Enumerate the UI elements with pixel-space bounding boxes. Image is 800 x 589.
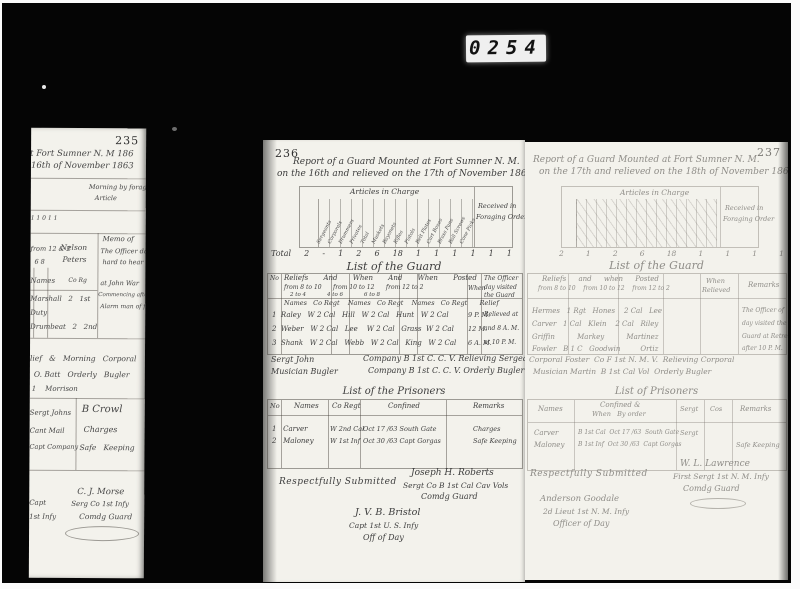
prisoners-header: Sergt xyxy=(680,406,698,413)
column-line xyxy=(97,233,99,338)
signature-flourish xyxy=(65,526,139,541)
articles-table: Articles in Charge Received in Foraging … xyxy=(561,186,759,248)
guard-row: Drumbeat 2 2nd xyxy=(30,324,97,332)
articles-totals-row: Total 2 - 1 2 6 18 1 1 1 1 1 1 1 1 2 xyxy=(271,250,525,259)
article-column-label: Total xyxy=(360,231,371,245)
prisoners-table: No Names Co Regt Confined Remarks 1 Carv… xyxy=(267,399,523,469)
prisoner-row-name: Carver xyxy=(534,430,558,438)
guard-header-when: When xyxy=(706,278,725,285)
prisoner-cell: Cant Mail xyxy=(30,428,65,436)
column-line xyxy=(75,398,76,470)
rule-line xyxy=(528,422,786,423)
prisoners-header: Cos xyxy=(710,406,722,413)
articles-title: Articles in Charge xyxy=(350,188,419,196)
guard-footer: O. Batt Orderly Bugler xyxy=(34,371,130,380)
column-line xyxy=(574,400,575,470)
report-header-line: Report of a Guard Mounted at Fort Sumner… xyxy=(293,158,520,168)
signature-flourish xyxy=(690,498,746,509)
remarks-text: hard to hear xyxy=(102,259,143,266)
guard-row-remark: Guard at Retreat xyxy=(742,334,788,341)
remarks-text: Alarm man of fire xyxy=(100,304,146,311)
signature-title: 2d Lieut 1st N. M. Infy xyxy=(543,508,629,516)
ledger-page-237: 237 Report of a Guard Mounted at Fort Su… xyxy=(525,142,788,580)
guard-row: 1 Raley W 2 Cal Hill W 2 Cal Hunt W 2 Ca… xyxy=(272,312,449,320)
signature-role: Off of Day xyxy=(363,534,404,543)
articles-totals-row: 2 1 2 6 18 1 1 1 1 1 2 xyxy=(559,250,788,258)
prisoner-row-name: 1 Carver xyxy=(272,426,307,434)
guard-remarks-header: The Officer xyxy=(484,276,518,283)
rule-line xyxy=(31,233,146,235)
articles-columns xyxy=(576,199,717,247)
respectfully-submitted: Respectfully Submitted xyxy=(530,470,648,480)
rule-line xyxy=(31,210,146,212)
prisoner-row-confined: Oct 30 /63 Capt Gorgas xyxy=(363,438,441,445)
rule-line xyxy=(30,398,145,400)
remarks-text: The Officer day xyxy=(101,248,147,255)
remarks-text: Memo of xyxy=(103,236,134,244)
received-note: Received in xyxy=(725,205,763,212)
guard-row: Carver 1 Cal Klein 2 Cal Riley xyxy=(532,321,658,329)
column-line xyxy=(738,274,739,354)
guard-name: Nelson xyxy=(61,244,88,252)
signature-role: Comdg Guard xyxy=(79,513,132,522)
guard-row: 2 Weber W 2 Cal Lee W 2 Cal Grass W 2 Ca… xyxy=(272,326,454,334)
guard-header-hours: from 8 to 10 from 10 to 12 from 12 to 2 xyxy=(284,285,423,292)
dust-speck xyxy=(172,127,177,131)
signature-name: Joseph H. Roberts xyxy=(411,469,494,479)
prisoners-header: Names xyxy=(294,403,319,411)
remarks-note: Article xyxy=(95,195,117,202)
column-line xyxy=(700,274,701,354)
rule-line xyxy=(30,290,97,291)
film-frame-counter: 0254 xyxy=(466,35,546,63)
prisoner-row-confined: B 1st Inf Oct 30 /63 Capt Gorgas xyxy=(578,442,682,449)
microfilm-scan-viewer: 0254 235 at Fort Sumner N. M 186 16th of… xyxy=(0,0,800,589)
guard-header-when: When xyxy=(468,286,485,293)
guard-header-reliefs: Reliefs And When And When Posted xyxy=(284,275,477,283)
guard-row-remark: at 10 P. M. xyxy=(484,340,516,347)
guard-row: Hermes 1 Rgt Hones 2 Cal Lee xyxy=(532,308,662,316)
column-line xyxy=(474,187,475,247)
guard-row-remark: day visited the xyxy=(742,321,787,328)
prisoner-row-sergt: Sergt xyxy=(680,430,698,437)
signature-name: C. J. Morse xyxy=(77,488,124,498)
signature-title: Serg Co 1st Infy xyxy=(71,501,129,509)
prisoner-row-co: W 2nd Cal xyxy=(330,426,364,433)
article-column-label: Rifles xyxy=(393,230,405,245)
signature-role: Comdg Guard xyxy=(683,485,740,494)
column-line xyxy=(328,400,329,468)
signature-role: Comdg Guard xyxy=(421,493,478,502)
prisoner-row-confined: Oct 17 /63 South Gate xyxy=(363,426,436,433)
prisoner-cell: Safe Keeping xyxy=(79,444,134,453)
prisoners-header: When By order xyxy=(592,411,646,418)
guard-remarks-header: the Guard xyxy=(484,293,515,300)
prisoner-cell: Charges xyxy=(84,426,118,435)
hours-label: 6 8 xyxy=(34,259,44,266)
articles-table: Articles in Charge Sergeants Corporals D… xyxy=(299,186,513,248)
guard-header-reliefs: Reliefs and when Posted xyxy=(542,276,659,284)
prisoners-list-title: List of the Prisoners xyxy=(263,386,525,397)
guard-header-when: Relieved xyxy=(702,287,730,294)
ledger-page-236: 236 Report of a Guard Mounted at Fort Su… xyxy=(263,140,525,582)
guard-list-title: List of the Guard xyxy=(263,261,525,273)
guard-row-remark: The Officer of xyxy=(742,308,784,315)
received-note: Foraging Order xyxy=(476,214,525,221)
guard-footer: Musician Bugler xyxy=(271,368,338,377)
cutoff-text: Capt xyxy=(29,500,46,508)
prisoner-row-remark: Safe Keeping xyxy=(473,438,517,445)
remarks-note: Morning by foraging xyxy=(89,184,146,191)
ledger-page-235: 235 at Fort Sumner N. M 186 16th of Nove… xyxy=(29,128,146,579)
guard-footer: Corporal Foster Co F 1st N. M. V. Reliev… xyxy=(529,356,734,364)
column-line xyxy=(446,400,447,468)
received-note: Received in xyxy=(478,203,516,210)
remarks-text: Commencing after Midnight xyxy=(98,292,146,298)
rule-line xyxy=(528,298,786,299)
guard-row: Marshall 2 1st xyxy=(30,296,90,304)
prisoner-row-co: W 1st Inf xyxy=(330,438,360,445)
guard-remarks-header: day visited xyxy=(484,285,517,292)
prisoner-note: 1 Morrison xyxy=(32,386,78,394)
rule-line xyxy=(30,338,145,340)
respectfully-submitted: Respectfully Submitted xyxy=(279,478,397,488)
prisoners-header: Co Regt xyxy=(332,403,361,411)
rule-line xyxy=(29,470,144,472)
signature-title: First Sergt 1st N. M. Infy xyxy=(673,473,769,481)
prisoners-header: No xyxy=(270,403,280,410)
prisoner-cell: B Crowl xyxy=(82,404,123,415)
report-header-line: Report of a Guard Mounted at Fort Sumner… xyxy=(533,156,760,166)
guard-name: Peters xyxy=(62,256,86,264)
rule-line xyxy=(268,415,522,416)
column-line xyxy=(281,400,282,468)
signature-title: Capt 1st U. S. Infy xyxy=(349,522,418,530)
guard-row: Griffin Markey Martinez xyxy=(532,334,659,342)
guard-header-no: No xyxy=(270,276,279,283)
prisoners-header: Confined xyxy=(388,403,420,411)
names-header: Names xyxy=(30,278,55,286)
guard-footer: Company B 1st C. C. V. Orderly Bugler xyxy=(368,367,524,376)
prisoner-row-name: 2 Maloney xyxy=(272,438,314,446)
guard-row-remark: Relieved at xyxy=(484,312,518,319)
rule-line xyxy=(31,178,146,180)
articles-columns: Sergeants Corporals Drummers Privates To… xyxy=(318,199,475,247)
guard-row: Fowler B 1 C Goodwin Ortiz xyxy=(532,346,658,354)
guard-footer: Musician Martin B 1st Cal Vol Orderly Bu… xyxy=(533,368,711,376)
report-header-line: on the 17th and relieved on the 18th of … xyxy=(539,168,788,178)
prisoners-header: Confined & xyxy=(600,402,640,410)
guard-table: No Reliefs And When And When Posted from… xyxy=(267,273,523,355)
prisoner-row-remark: Charges xyxy=(473,426,501,433)
guard-remarks-header: Remarks xyxy=(748,282,779,290)
prisoners-header: Remarks xyxy=(473,403,504,411)
guard-row: 3 Shank W 2 Cal Webb W 2 Cal King W 2 Ca… xyxy=(272,340,456,348)
guard-header-hours2: 2 to 4 4 to 6 6 to 8 xyxy=(290,292,380,298)
guard-table: Reliefs and when Posted from 8 to 10 fro… xyxy=(527,273,787,355)
prisoner-row-remark: Safe Keeping xyxy=(736,442,780,449)
signature-name: W. L. Lawrence xyxy=(680,460,750,470)
guard-row: Duty xyxy=(30,310,47,318)
received-note: Foraging Order xyxy=(723,216,774,223)
guard-footer: lief & Morning Corporal xyxy=(30,355,136,364)
guard-list-title: List of the Guard xyxy=(525,260,788,272)
prisoners-header: Names xyxy=(538,406,563,414)
co-header: Co Rg xyxy=(68,278,87,285)
page-number: 235 xyxy=(115,134,139,147)
prisoners-list-title: List of Prisoners xyxy=(525,386,788,397)
signature-name: J. V. B. Bristol xyxy=(355,508,420,518)
dust-speck xyxy=(42,85,46,89)
guard-footer: Sergt John xyxy=(271,356,314,365)
guard-row-remark: after 10 P. M. xyxy=(742,346,783,353)
prisoner-cell: Sergt Johns xyxy=(30,410,71,418)
signature-name: Anderson Goodale xyxy=(540,495,619,504)
guard-subheader: Names Co Regt Names Co Regt Names Co Reg… xyxy=(284,300,499,307)
guard-header-hours: from 8 to 10 from 10 to 12 from 12 to 2 xyxy=(538,286,670,293)
prisoner-row-confined: B 1st Cal Oct 17 /63 South Gate xyxy=(578,430,679,437)
signature-role: Officer of Day xyxy=(553,520,609,529)
cutoff-text: 1st Infy xyxy=(29,514,56,522)
guard-footer: Company B 1st C. C. V. Relieving Sergean… xyxy=(363,355,525,364)
tally-row: 1 1 0 1 1 xyxy=(31,216,58,223)
report-header-line: 16th of November 1863 xyxy=(31,162,134,172)
articles-title: Articles in Charge xyxy=(620,189,689,197)
remarks-text: at John War xyxy=(100,280,139,287)
column-line xyxy=(720,187,721,247)
page-number: 237 xyxy=(757,146,781,159)
prisoners-header: Remarks xyxy=(740,406,771,414)
prisoner-row-name: Maloney xyxy=(534,442,564,450)
report-header-line: at Fort Sumner N. M 186 xyxy=(29,150,134,160)
signature-title: Sergt Co B 1st Cal Cav Vols xyxy=(403,482,508,490)
prisoner-cell: Capt Company xyxy=(29,444,78,451)
report-header-line: on the 16th and relieved on the 17th of … xyxy=(277,170,525,180)
guard-row-remark: and 8 A. M. xyxy=(484,326,519,333)
